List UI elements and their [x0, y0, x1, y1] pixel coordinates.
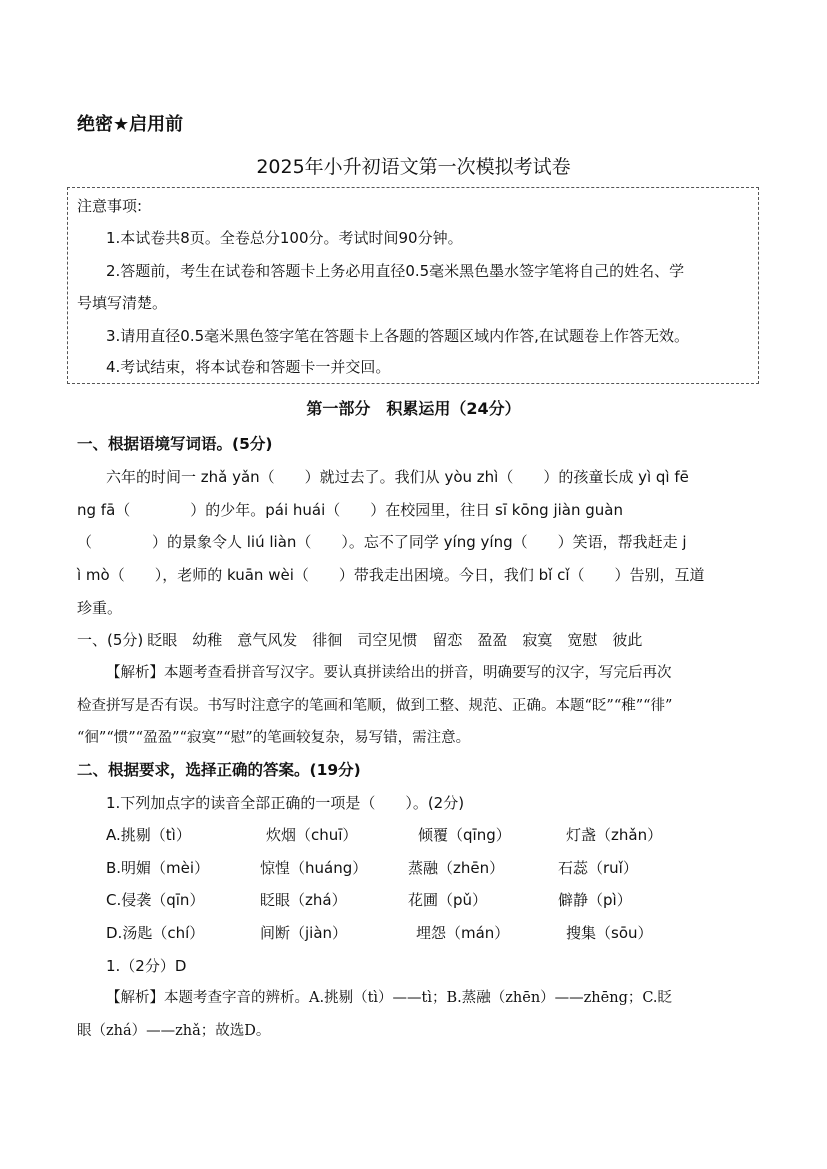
answer-word: 盈盈 — [477, 631, 507, 649]
section-heading: 二、根据要求，选择正确的答案。(19分) — [77, 760, 361, 780]
option-d-1: D.汤匙（chí） — [106, 923, 204, 943]
answer-word: 幼稚 — [192, 631, 222, 649]
notice-box — [67, 187, 759, 384]
notice-item: 3.请用直径0.5毫米黑色签字笔在答题卡上各题的答题区域内作答,在试题卷上作答无… — [106, 326, 689, 346]
option-c-1: C.侵袭（qīn） — [106, 890, 204, 910]
option-b-1: B.明媚（mèi） — [106, 858, 209, 878]
confidential-label: 绝密★启用前 — [77, 110, 183, 136]
question-line: 珍重。 — [77, 598, 122, 618]
part-title: 第一部分 积累运用（24分） — [0, 399, 827, 419]
analysis-line: 检查拼写是否有误。书写时注意字的笔画和笔顺，做到工整、规范、正确。本题“眨”“稚… — [77, 696, 672, 716]
option-b-4: 石蕊（ruǐ） — [558, 858, 638, 878]
answer-line: 一、(5分)眨眼幼稚意气风发徘徊司空见惯留恋盈盈寂寞宽慰彼此 — [77, 630, 657, 650]
answer-word: 宽慰 — [567, 631, 597, 649]
answer-word: 徘徊 — [312, 631, 342, 649]
option-a-4: 灯盏（zhǎn） — [566, 825, 662, 845]
question-stem: 1.下列加点字的读音全部正确的一项是（ ）。(2分) — [106, 793, 464, 813]
question-line: ì mò（ ），老师的 kuān wèi（ ）带我走出困境。今日，我们 bǐ c… — [77, 565, 705, 585]
question-line: 六年的时间一 zhǎ yǎn（ ）就过去了。我们从 yòu zhì（ ）的孩童长… — [106, 467, 689, 487]
answer-word: 司空见惯 — [357, 631, 417, 649]
option-c-3: 花圃（pǔ） — [408, 890, 487, 910]
option-b-2: 惊惶（huáng） — [260, 858, 367, 878]
option-c-2: 眨眼（zhá） — [260, 890, 347, 910]
answer-line: 1.（2分）D — [106, 956, 186, 976]
answer-word: 寂寞 — [522, 631, 552, 649]
notice-item: 1.本试卷共8页。全卷总分100分。考试时间90分钟。 — [106, 228, 463, 248]
option-d-3: 埋怨（mán） — [416, 923, 509, 943]
option-c-4: 僻静（pì） — [558, 890, 632, 910]
notice-item: 号填写清楚。 — [77, 293, 167, 313]
page-title: 2025年小升初语文第一次模拟考试卷 — [0, 152, 827, 179]
answer-prefix: 一、(5分) — [77, 631, 143, 649]
section-heading: 一、根据语境写词语。(5分) — [77, 434, 272, 454]
option-d-4: 搜集（sōu） — [566, 923, 653, 943]
question-line: （ ）的景象令人 liú liàn（ ）。忘不了同学 yíng yíng（ ）笑… — [77, 532, 687, 552]
option-b-3: 蒸融（zhēn） — [408, 858, 504, 878]
option-a-3: 倾覆（qīng） — [418, 825, 511, 845]
notice-item: 2.答题前，考生在试卷和答题卡上务必用直径0.5毫米黑色墨水签字笔将自己的姓名、… — [106, 261, 684, 281]
option-a-1: A.挑剔（tì） — [106, 825, 191, 845]
answer-word: 眨眼 — [147, 631, 177, 649]
analysis-line: 眼（zhá）——zhǎ；故选D。 — [77, 1021, 270, 1041]
answer-word: 留恋 — [432, 631, 462, 649]
answer-word: 意气风发 — [237, 631, 297, 649]
notice-item: 4.考试结束，将本试卷和答题卡一并交回。 — [106, 357, 390, 377]
analysis-line: 【解析】本题考查字音的辨析。A.挑剔（tì）——tì；B.蒸融（zhēn）——z… — [106, 988, 672, 1008]
question-line: ng fā（ ）的少年。pái huái（ ）在校园里，往日 sī kōng j… — [77, 500, 623, 520]
answer-word: 彼此 — [612, 631, 642, 649]
notice-heading: 注意事项: — [77, 196, 142, 216]
option-a-2: 炊烟（chuī） — [266, 825, 357, 845]
analysis-line: “徊”“惯”“盈盈”“寂寞”“慰”的笔画较复杂，易写错，需注意。 — [77, 728, 470, 748]
analysis-line: 【解析】本题考查看拼音写汉字。要认真拼读给出的拼音，明确要写的汉字，写完后再次 — [106, 663, 672, 683]
option-d-2: 间断（jiàn） — [260, 923, 347, 943]
